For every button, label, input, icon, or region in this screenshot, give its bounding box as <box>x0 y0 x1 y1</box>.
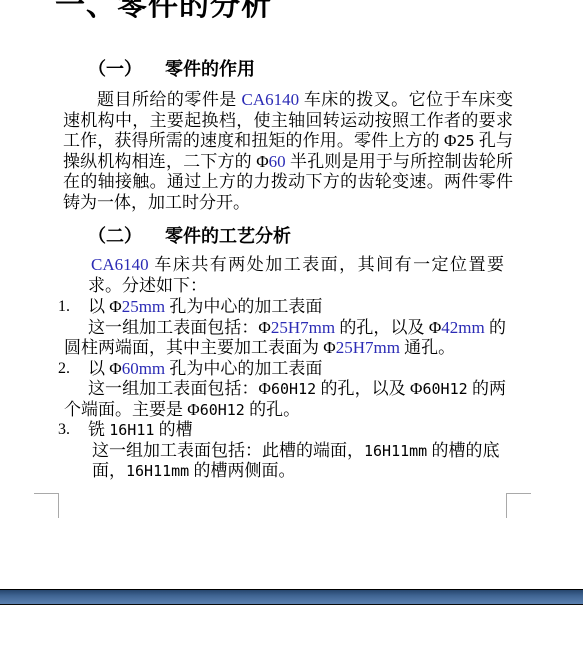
list-item: 3. 铣 16H11 的槽 这一组加工表面包括：此槽的端面，16H11mm 的槽… <box>88 420 583 482</box>
text-run: 60H12 <box>422 380 467 398</box>
text-run: 42mm <box>441 318 484 337</box>
section-heading-1: （一）零件的作用 <box>88 59 255 79</box>
text-run: 25H7mm <box>336 338 400 357</box>
section-number: （二） <box>88 226 142 246</box>
text-run: 通孔。 <box>400 338 455 357</box>
list-item-title: 以 Φ60mm 孔为中心的加工表面 <box>88 359 583 380</box>
list-item: 2. 以 Φ60mm 孔为中心的加工表面 这一组加工表面包括：Φ60H12 的孔… <box>88 359 583 421</box>
text-run: 25H7mm <box>271 318 335 337</box>
list-item-number: 3. <box>58 420 70 441</box>
margin-crop-mark-left-vertical <box>58 493 59 518</box>
text-run: 16H11mm <box>364 442 427 460</box>
bottom-divider-bar <box>0 589 583 605</box>
list-item-body: 这一组加工表面包括：此槽的端面，16H11mm 的槽的底面，16H11mm 的槽… <box>92 441 504 482</box>
list-item: 1. 以 Φ25mm 孔为中心的加工表面 这一组加工表面包括：Φ25H7mm 的… <box>88 297 583 359</box>
section-title: 零件的工艺分析 <box>165 226 291 246</box>
text-run: 孔为中心的加工表面 <box>165 297 322 316</box>
document-page: 一、零件的分析 （一）零件的作用 题目所给的零件是 CA6140 车床的拨叉。它… <box>0 0 583 666</box>
machining-surface-list: 1. 以 Φ25mm 孔为中心的加工表面 这一组加工表面包括：Φ25H7mm 的… <box>0 297 583 482</box>
text-run: 这一组加工表面包括：Φ <box>88 318 271 337</box>
text-run: 60H12 <box>271 380 316 398</box>
text-run: 60 <box>269 152 286 171</box>
list-item-title: 以 Φ25mm 孔为中心的加工表面 <box>88 297 583 318</box>
text-run: 16H11 <box>109 421 154 439</box>
text-run: 以 Φ <box>88 359 122 378</box>
text-run: 孔为中心的加工表面 <box>165 359 322 378</box>
section-title: 零件的作用 <box>165 59 255 79</box>
text-run: 的孔。 <box>245 400 300 419</box>
text-run: CA6140 <box>241 90 299 109</box>
margin-crop-mark-right-vertical <box>506 493 507 518</box>
text-run: 铣 <box>88 420 109 439</box>
text-run: 这一组加工表面包括：此槽的端面， <box>92 441 364 460</box>
text-run: 60mm <box>122 359 165 378</box>
section-number: （一） <box>88 59 142 79</box>
text-run: 25mm <box>122 297 165 316</box>
text-run: 60H12 <box>200 401 245 419</box>
text-run: 以 Φ <box>88 297 122 316</box>
text-run: 车床共有两处加工表面，其间有一定位置要求。分述如下： <box>88 255 504 295</box>
margin-crop-mark-right-horizontal <box>506 493 531 494</box>
list-item-title: 铣 16H11 的槽 <box>88 420 583 441</box>
text-run: 的孔，以及 Φ <box>316 379 422 398</box>
list-item-body: 这一组加工表面包括：Φ60H12 的孔，以及 Φ60H12 的两个端面。主要是 … <box>64 379 506 420</box>
text-run: 的槽两侧面。 <box>189 461 295 480</box>
text-run: 25 <box>456 132 474 150</box>
list-item-number: 1. <box>58 297 70 318</box>
text-run: 这一组加工表面包括：Φ <box>88 379 271 398</box>
text-run: 的槽 <box>154 420 192 439</box>
chapter-title: 一、零件的分析 <box>55 0 272 22</box>
list-item-body: 这一组加工表面包括：Φ25H7mm 的孔，以及 Φ42mm 的圆柱两端面，其中主… <box>64 318 506 359</box>
list-item-number: 2. <box>58 359 70 380</box>
text-run: CA6140 <box>91 255 149 274</box>
section-heading-2: （二）零件的工艺分析 <box>88 226 291 246</box>
paragraph-part-function: 题目所给的零件是 CA6140 车床的拨叉。它位于车床变速机构中，主要起换档，使… <box>63 90 513 213</box>
text-run: 16H11mm <box>126 462 189 480</box>
text-run: 题目所给的零件是 <box>97 90 241 109</box>
paragraph-process-intro: CA6140 车床共有两处加工表面，其间有一定位置要求。分述如下： <box>88 255 504 296</box>
margin-crop-mark-left-horizontal <box>34 493 59 494</box>
text-run: 的孔，以及 Φ <box>335 318 441 337</box>
